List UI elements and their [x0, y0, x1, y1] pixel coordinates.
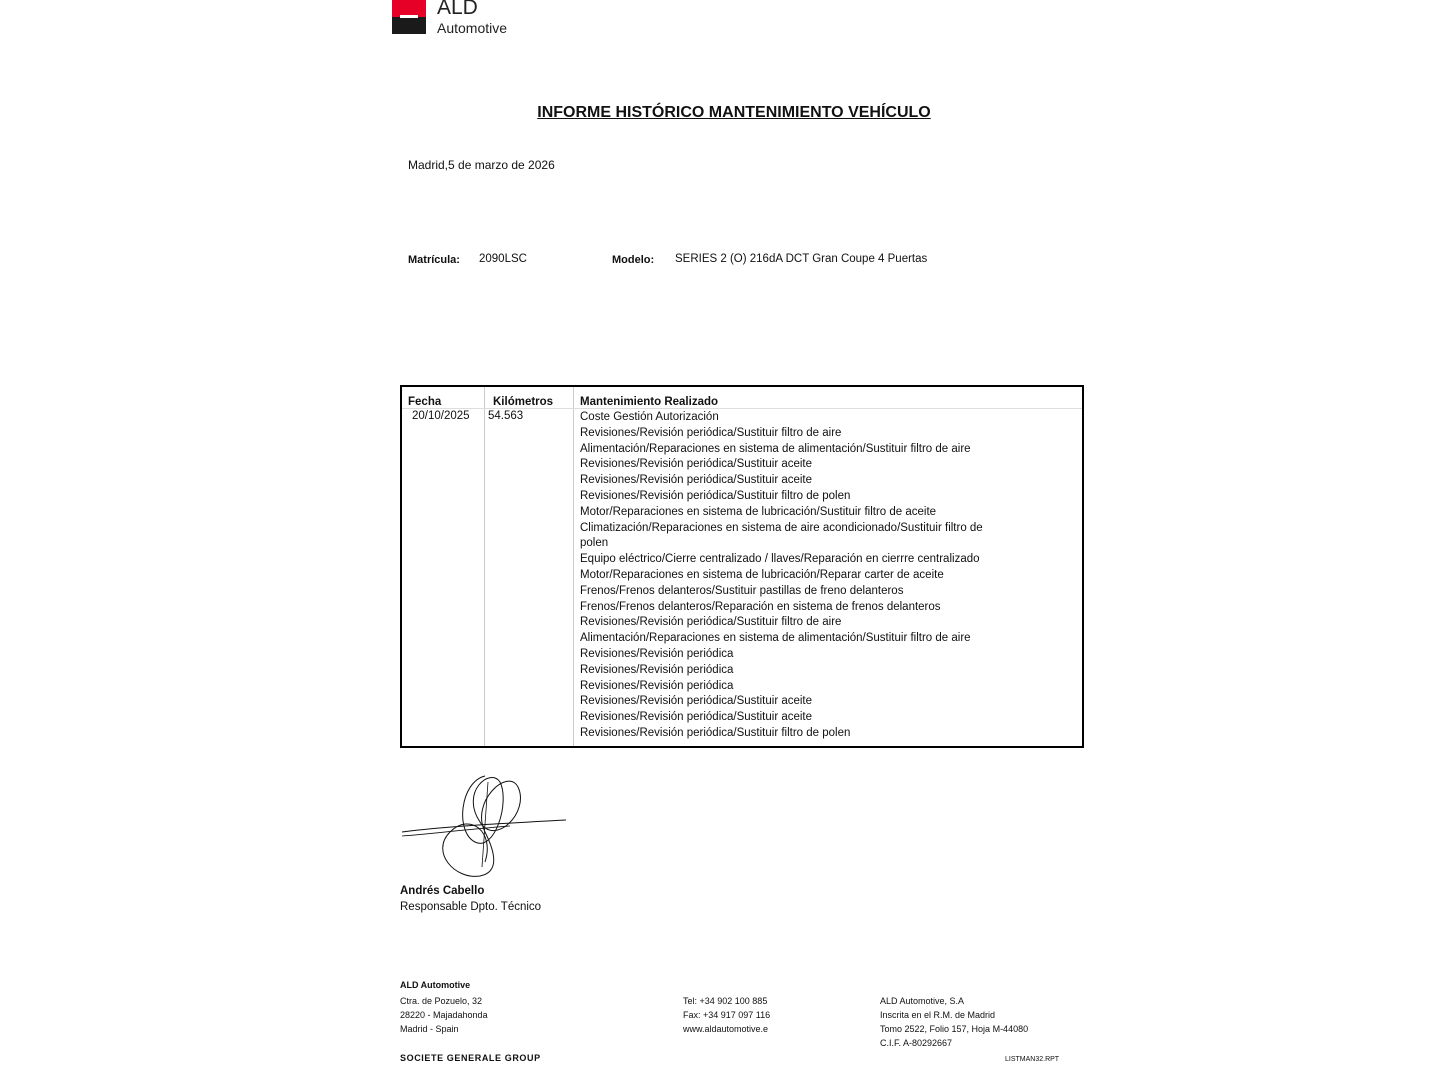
table-row: 20/10/202554.563Coste Gestión Autorizaci…: [401, 409, 1083, 748]
header-maintenance: Mantenimiento Realizado: [574, 386, 1084, 409]
footer-address: Ctra. de Pozuelo, 32 28220 - Majadahonda…: [400, 994, 488, 1036]
report-date: Madrid,5 de marzo de 2026: [408, 158, 555, 172]
group-name: SOCIETE GENERALE GROUP: [400, 1053, 541, 1063]
maintenance-item: Revisiones/Revisión periódica/Sustituir …: [580, 473, 1082, 489]
logo-subtext: Automotive: [437, 20, 507, 36]
phone: Tel: +34 902 100 885: [683, 994, 770, 1008]
address-line: Ctra. de Pozuelo, 32: [400, 994, 488, 1008]
maintenance-item: Revisiones/Revisión periódica/Sustituir …: [580, 489, 1082, 505]
signer-name: Andrés Cabello: [400, 885, 484, 897]
model-label: Modelo:: [612, 254, 654, 266]
maintenance-item: Revisiones/Revisión periódica/Sustituir …: [580, 710, 1082, 726]
footer-company: ALD Automotive: [400, 978, 470, 992]
maintenance-item: Revisiones/Revisión periódica/Sustituir …: [580, 426, 1082, 442]
footer-contact: Tel: +34 902 100 885 Fax: +34 917 097 11…: [683, 994, 770, 1036]
report-ref: LISTMAN32.RPT: [1005, 1056, 1059, 1063]
address-line: Madrid - Spain: [400, 1022, 488, 1036]
maintenance-item: Motor/Reparaciones en sistema de lubrica…: [580, 568, 1082, 584]
plate-label: Matrícula:: [408, 254, 460, 266]
website-link[interactable]: www.aldautomotive.e: [683, 1022, 770, 1036]
maintenance-item: Climatización/Reparaciones en sistema de…: [580, 521, 1082, 537]
address-line: 28220 - Majadahonda: [400, 1008, 488, 1022]
plate-value: 2090LSC: [479, 253, 527, 265]
maintenance-item: Alimentación/Reparaciones en sistema de …: [580, 631, 1082, 647]
maintenance-table: Fecha Kilómetros Mantenimiento Realizado…: [400, 385, 1084, 748]
page-title: INFORME HISTÓRICO MANTENIMIENTO VEHÍCULO: [0, 104, 1440, 122]
maintenance-item: Equipo eléctrico/Cierre centralizado / l…: [580, 552, 1082, 568]
legal-line: C.I.F. A-80292667: [880, 1036, 1028, 1050]
logo-text: ALD: [437, 0, 478, 20]
cell-km: 54.563: [485, 409, 574, 748]
legal-line: Inscrita en el R.M. de Madrid: [880, 1008, 1028, 1022]
legal-line: Tomo 2522, Folio 157, Hoja M-44080: [880, 1022, 1028, 1036]
maintenance-item: Frenos/Frenos delanteros/Reparación en s…: [580, 600, 1082, 616]
footer-legal: ALD Automotive, S.A Inscrita en el R.M. …: [880, 994, 1028, 1050]
cell-maintenance: Coste Gestión AutorizaciónRevisiones/Rev…: [574, 409, 1084, 748]
maintenance-item: Alimentación/Reparaciones en sistema de …: [580, 442, 1082, 458]
maintenance-item: Revisiones/Revisión periódica: [580, 647, 1082, 663]
legal-line: ALD Automotive, S.A: [880, 994, 1028, 1008]
signature-image: [400, 772, 568, 878]
maintenance-item: Revisiones/Revisión periódica/Sustituir …: [580, 615, 1082, 631]
header-km: Kilómetros: [485, 386, 574, 409]
maintenance-item: Revisiones/Revisión periódica/Sustituir …: [580, 726, 1082, 742]
maintenance-item: Coste Gestión Autorización: [580, 410, 1082, 426]
maintenance-item: Revisiones/Revisión periódica/Sustituir …: [580, 694, 1082, 710]
header-date: Fecha: [401, 386, 485, 409]
model-value: SERIES 2 (O) 216dA DCT Gran Coupe 4 Puer…: [675, 253, 927, 265]
fax: Fax: +34 917 097 116: [683, 1008, 770, 1022]
maintenance-item: polen: [580, 536, 1082, 552]
cell-date: 20/10/2025: [401, 409, 485, 748]
maintenance-item: Motor/Reparaciones en sistema de lubrica…: [580, 505, 1082, 521]
maintenance-item: Revisiones/Revisión periódica/Sustituir …: [580, 457, 1082, 473]
maintenance-item: Revisiones/Revisión periódica: [580, 663, 1082, 679]
logo-mark-icon: [392, 0, 426, 34]
ald-logo: ALD Automotive: [392, 0, 522, 36]
signer-role: Responsable Dpto. Técnico: [400, 901, 541, 913]
maintenance-item: Revisiones/Revisión periódica: [580, 679, 1082, 695]
table-header: Fecha Kilómetros Mantenimiento Realizado: [401, 386, 1083, 409]
maintenance-item: Frenos/Frenos delanteros/Sustituir pasti…: [580, 584, 1082, 600]
